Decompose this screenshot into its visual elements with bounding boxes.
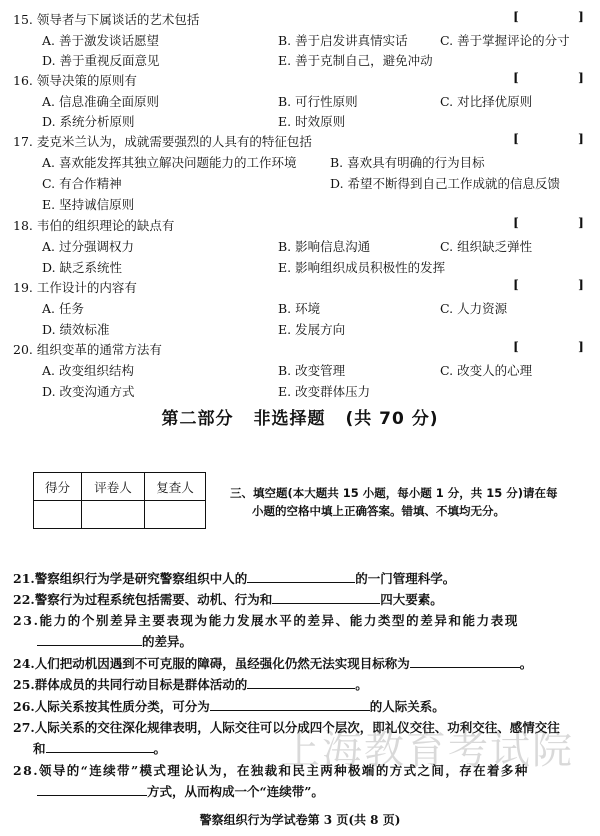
option-a: A. 任务 bbox=[42, 299, 84, 317]
answer-blank[interactable] bbox=[37, 633, 142, 646]
option-e: E. 改变群体压力 bbox=[278, 382, 370, 400]
answer-bracket-right: ] bbox=[578, 131, 584, 146]
score-header: 得分 bbox=[34, 473, 82, 501]
question-number: 27. bbox=[13, 720, 35, 735]
question-number: 28. bbox=[13, 763, 39, 778]
question-text-after: 。 bbox=[355, 677, 368, 692]
page-footer: 警察组织行为学试卷第 3 页(共 8 页) bbox=[0, 811, 600, 828]
option-d: D. 希望不断得到自己工作成就的信息反馈 bbox=[330, 174, 560, 192]
answer-bracket-right: ] bbox=[578, 277, 584, 292]
question-number: 26. bbox=[13, 699, 35, 714]
grader-cell[interactable] bbox=[82, 501, 145, 529]
question-number: 20. bbox=[13, 342, 33, 357]
option-a: A. 喜欢能发挥其独立解决问题能力的工作环境 bbox=[42, 153, 296, 171]
section-part: 第二部分 bbox=[161, 409, 233, 429]
answer-blank[interactable] bbox=[210, 698, 370, 711]
question-text: 群体成员的共同行动目标是群体活动的 bbox=[35, 677, 248, 692]
fill-question-25: 25.群体成员的共同行动目标是群体活动的。 bbox=[13, 675, 368, 693]
answer-blank[interactable] bbox=[272, 591, 380, 604]
option-a: A. 善于激发谈话愿望 bbox=[42, 31, 159, 49]
fill-question-27: 27.人际关系的交往深化规律表明，人际交往可以分成四个层次，即礼仪交往、功利交往… bbox=[13, 718, 560, 736]
fill-question-27-line-2: 和。 bbox=[33, 739, 166, 757]
option-e: E. 坚持诚信原则 bbox=[42, 195, 134, 213]
option-e: E. 影响组织成员积极性的发挥 bbox=[278, 258, 445, 276]
question-number: 18. bbox=[13, 218, 33, 233]
section-title: 第二部分非选择题(共 70 分) bbox=[0, 404, 600, 429]
instructions-line-1: 三、填空题(本大题共 15 小题，每小题 1 分，共 15 分)请在每 bbox=[230, 484, 595, 502]
fill-question-23: 23.能力的个别差异主要表现为能力发展水平的差异、能力类型的差异和能力表现 bbox=[13, 611, 519, 629]
question-text-after: 的人际关系。 bbox=[370, 699, 445, 714]
fill-question-24: 24.人们把动机因遇到不可克服的障碍，虽经强化仍然无法实现目标称为。 bbox=[13, 654, 532, 672]
question-text: 组织变革的通常方法有 bbox=[37, 342, 162, 357]
question-text: 领导者与下属谈话的艺术包括 bbox=[37, 12, 200, 27]
question-text: 警察组织行为学是研究警察组织中人的 bbox=[35, 571, 248, 586]
question-text: 人际关系的交往深化规律表明，人际交往可以分成四个层次，即礼仪交往、功利交往、感情… bbox=[35, 720, 560, 735]
answer-bracket-right: ] bbox=[578, 9, 584, 24]
question-text: 麦克米兰认为，成就需要强烈的人具有的特征包括 bbox=[37, 134, 312, 149]
answer-bracket-left: [ bbox=[513, 277, 519, 292]
option-b: B. 改变管理 bbox=[278, 361, 345, 379]
option-a: A. 信息准确全面原则 bbox=[42, 92, 159, 110]
grader-header: 评卷人 bbox=[82, 473, 145, 501]
question-number: 16. bbox=[13, 73, 33, 88]
option-d: D. 缺乏系统性 bbox=[42, 258, 122, 276]
fill-question-23-line-2: 的差异。 bbox=[37, 632, 192, 650]
question-number: 23. bbox=[13, 613, 40, 628]
answer-bracket-left: [ bbox=[513, 215, 519, 230]
answer-bracket-right: ] bbox=[578, 215, 584, 230]
question-number: 19. bbox=[13, 280, 33, 295]
option-c: C. 善于掌握评论的分寸 bbox=[440, 31, 570, 49]
question-text: 韦伯的组织理论的缺点有 bbox=[37, 218, 175, 233]
question-text-after: 四大要素。 bbox=[380, 592, 443, 607]
option-b: B. 环境 bbox=[278, 299, 320, 317]
section-score: (共 70 分) bbox=[345, 409, 438, 429]
option-c: C. 人力资源 bbox=[440, 299, 507, 317]
question-text: 人们把动机因遇到不可克服的障碍，虽经强化仍然无法实现目标称为 bbox=[35, 656, 410, 671]
answer-blank[interactable] bbox=[46, 740, 154, 753]
answer-bracket-left: [ bbox=[513, 339, 519, 354]
option-d: D. 改变沟通方式 bbox=[42, 382, 135, 400]
option-a: A. 过分强调权力 bbox=[42, 237, 134, 255]
question-text-after: 的一门管理科学。 bbox=[355, 571, 455, 586]
option-c: C. 有合作精神 bbox=[42, 174, 122, 192]
question-number: 24. bbox=[13, 656, 35, 671]
reviewer-header: 复查人 bbox=[145, 473, 206, 501]
answer-bracket-left: [ bbox=[513, 131, 519, 146]
question-text-after: 。 bbox=[520, 656, 533, 671]
question-text: 警察行为过程系统包括需要、动机、行为和 bbox=[35, 592, 273, 607]
question-number: 22. bbox=[13, 592, 35, 607]
option-d: D. 善于重视反面意见 bbox=[42, 51, 160, 69]
question-number: 21. bbox=[13, 571, 35, 586]
fill-question-28-line-2: 方式，从而构成一个“连续带”。 bbox=[37, 782, 324, 800]
question-text-after: 的差异。 bbox=[142, 634, 192, 649]
fill-question-26: 26.人际关系按其性质分类，可分为的人际关系。 bbox=[13, 697, 445, 715]
score-table: 得分 评卷人 复查人 bbox=[33, 472, 206, 529]
option-b: B. 影响信息沟通 bbox=[278, 237, 370, 255]
fill-question-28: 28.领导的“连续带”模式理论认为，在独裁和民主两种极端的方式之间，存在着多种 bbox=[13, 761, 529, 779]
score-cell[interactable] bbox=[34, 501, 82, 529]
option-d: D. 系统分析原则 bbox=[42, 112, 135, 130]
option-b: B. 可行性原则 bbox=[278, 92, 358, 110]
option-c: C. 改变人的心理 bbox=[440, 361, 532, 379]
option-b: B. 善于启发讲真情实话 bbox=[278, 31, 408, 49]
option-d: D. 绩效标准 bbox=[42, 320, 110, 338]
section-instructions: 三、填空题(本大题共 15 小题，每小题 1 分，共 15 分)请在每 小题的空… bbox=[230, 484, 595, 520]
instructions-line-2: 小题的空格中填上正确答案。错填、不填均无分。 bbox=[230, 502, 595, 520]
option-b: B. 喜欢具有明确的行为目标 bbox=[330, 153, 485, 171]
option-e: E. 善于克制自己，避免冲动 bbox=[278, 51, 433, 69]
option-e: E. 发展方向 bbox=[278, 320, 345, 338]
option-a: A. 改变组织结构 bbox=[42, 361, 134, 379]
answer-bracket-left: [ bbox=[513, 70, 519, 85]
question-text: 领导决策的原则有 bbox=[37, 73, 137, 88]
answer-blank[interactable] bbox=[247, 676, 355, 689]
answer-blank[interactable] bbox=[410, 655, 520, 668]
question-number: 15. bbox=[13, 12, 33, 27]
answer-bracket-right: ] bbox=[578, 339, 584, 354]
question-text: 工作设计的内容有 bbox=[37, 280, 137, 295]
question-text: 和 bbox=[33, 741, 46, 756]
answer-blank[interactable] bbox=[37, 783, 147, 796]
question-number: 25. bbox=[13, 677, 35, 692]
option-c: C. 组织缺乏弹性 bbox=[440, 237, 532, 255]
question-text: 能力的个别差异主要表现为能力发展水平的差异、能力类型的差异和能力表现 bbox=[40, 613, 519, 628]
question-text-after: 。 bbox=[154, 741, 167, 756]
option-e: E. 时效原则 bbox=[278, 112, 345, 130]
answer-blank[interactable] bbox=[247, 570, 355, 583]
question-text: 领导的“连续带”模式理论认为，在独裁和民主两种极端的方式之间，存在着多种 bbox=[39, 763, 529, 778]
option-c: C. 对比择优原则 bbox=[440, 92, 532, 110]
question-number: 17. bbox=[13, 134, 33, 149]
question-text: 人际关系按其性质分类，可分为 bbox=[35, 699, 210, 714]
fill-question-21: 21.警察组织行为学是研究警察组织中人的的一门管理科学。 bbox=[13, 569, 455, 587]
answer-bracket-right: ] bbox=[578, 70, 584, 85]
question-text-after: 方式，从而构成一个“连续带”。 bbox=[147, 784, 324, 799]
reviewer-cell[interactable] bbox=[145, 501, 206, 529]
fill-question-22: 22.警察行为过程系统包括需要、动机、行为和四大要素。 bbox=[13, 590, 443, 608]
section-name: 非选择题 bbox=[253, 409, 325, 429]
answer-bracket-left: [ bbox=[513, 9, 519, 24]
